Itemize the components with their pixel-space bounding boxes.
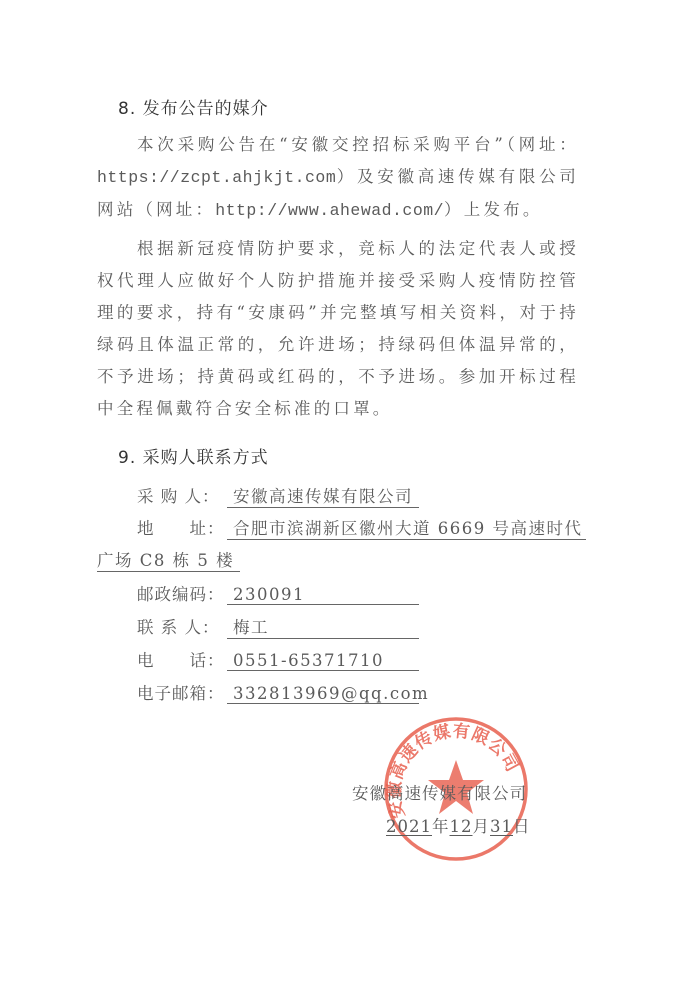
section-8-heading: 8. 发布公告的媒介 — [118, 94, 269, 119]
contact-person-label: 联 系 人： — [137, 614, 227, 638]
para1-text-a: 本次采购公告在“安徽交控招标采购平台”（网址： — [137, 135, 579, 154]
signature-date: 2021年12月31日 — [386, 813, 531, 837]
contact-row-contact-person: 联 系 人：梅工 — [137, 614, 419, 638]
contact-row-purchaser: 采 购 人：安徽高速传媒有限公司 — [137, 483, 419, 507]
postcode-label: 邮政编码： — [137, 581, 227, 605]
contact-row-phone: 电 话：0551-65371710 — [137, 647, 419, 671]
section-8-paragraph-2: 根据新冠疫情防护要求，竞标人的法定代表人或授权代理人应做好个人防护措施并接受采购… — [97, 233, 579, 425]
contact-row-address: 地 址：合肥市滨湖新区徽州大道 6669 号高速时代 — [137, 515, 586, 539]
contact-row-postcode: 邮政编码：230091 — [137, 581, 419, 605]
phone-label: 电 话： — [137, 647, 227, 671]
address-label: 地 址： — [137, 515, 227, 539]
contact-person-value: 梅工 — [227, 614, 419, 639]
purchaser-label: 采 购 人： — [137, 483, 227, 507]
date-month: 12 — [450, 817, 473, 836]
date-year: 2021 — [386, 817, 432, 836]
date-year-unit: 年 — [432, 817, 450, 836]
section-9-heading: 9. 采购人联系方式 — [118, 443, 269, 468]
address-value: 合肥市滨湖新区徽州大道 6669 号高速时代 — [227, 515, 586, 540]
para1-text-c: ）上发布。 — [444, 200, 543, 219]
company-website-link[interactable]: http://www.ahewad.com/ — [215, 201, 444, 220]
email-label: 电子邮箱： — [137, 680, 227, 704]
document-page: 8. 发布公告的媒介 本次采购公告在“安徽交控招标采购平台”（网址：https:… — [0, 0, 700, 990]
postcode-value: 230091 — [227, 585, 419, 605]
contact-row-email: 电子邮箱：332813969@qq.com — [137, 680, 419, 704]
section-8-paragraph-1: 本次采购公告在“安徽交控招标采购平台”（网址：https://zcpt.ahjk… — [97, 129, 579, 227]
date-month-unit: 月 — [473, 817, 491, 836]
email-value[interactable]: 332813969@qq.com — [227, 684, 419, 704]
phone-value: 0551-65371710 — [227, 651, 419, 671]
date-day: 31 — [490, 817, 513, 836]
platform-url-link[interactable]: https://zcpt.ahjkjt.com — [97, 168, 336, 187]
date-day-unit: 日 — [513, 817, 531, 836]
address-value-continued: 广场 C8 栋 5 楼 — [97, 547, 240, 572]
purchaser-value: 安徽高速传媒有限公司 — [227, 483, 419, 508]
signature-company: 安徽高速传媒有限公司 — [352, 780, 527, 804]
